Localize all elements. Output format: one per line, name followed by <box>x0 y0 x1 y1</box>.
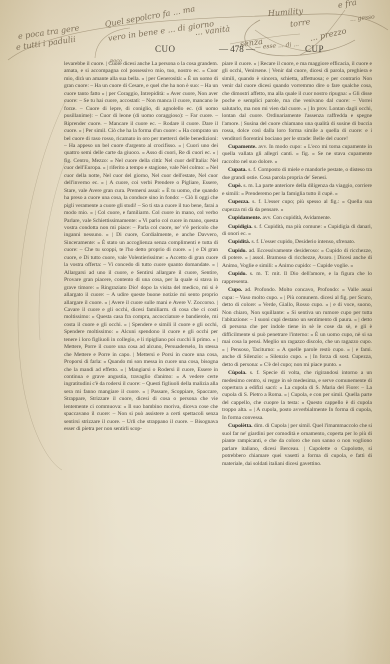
left-column: levarebbe il cuore. | Cuore dicesi anche… <box>64 61 218 434</box>
annotation-8: torre <box>289 17 310 29</box>
annotation-11: ... prezzo <box>309 26 347 43</box>
headword: Cùpola. <box>228 370 246 376</box>
annotation-13: ... gesso <box>350 13 375 23</box>
headword: Cupidamente. <box>228 215 261 221</box>
entry-text: piare il cuore. » | Recare il cuore, e m… <box>222 61 372 143</box>
annotation-6: Humility <box>268 7 304 18</box>
guide-word-left: CUO <box>155 44 176 54</box>
definition: s. f. Specie di volta, che rigirandosi i… <box>222 370 372 421</box>
dictionary-entry: Cupidità. s. f. L'esser cupido, Desideri… <box>222 239 372 246</box>
headword: Cupezza. <box>228 199 250 205</box>
guide-word-right: CUP <box>305 44 324 54</box>
headword: Cupolètta. <box>228 423 253 429</box>
dictionary-entry: Cupamente. avv. In modo cupo: « L'eco mi… <box>222 144 372 166</box>
dictionary-entry: Cupido. ad. Eccessivamente desideroso: «… <box>222 248 372 270</box>
headword: Cupè. <box>228 183 242 189</box>
headword: Cupata. <box>228 167 247 173</box>
dictionary-entry: Cupolètta. dim. di Cupola | per simil. Q… <box>222 423 372 468</box>
dictionary-entry: Cupidamente. avv. Con cupidità, Avidamen… <box>222 215 372 222</box>
headword: Cupidigia. <box>228 224 253 230</box>
dictionary-entry: Cupè. s. m. La parte anteriore della dil… <box>222 183 372 198</box>
definition: avv. Con cupidità, Avidamente. <box>262 215 331 221</box>
right-column: piare il cuore. » | Recare il cuore, e m… <box>222 61 372 468</box>
dictionary-entry: Cupo. ad. Profondo. Molto concavo, Profo… <box>222 287 372 369</box>
definition: s. m. La parte anteriore della diligenza… <box>222 183 372 196</box>
dictionary-entry: Cùpola. s. f. Specie di volta, che rigir… <box>222 370 372 422</box>
page-number: — 478 — <box>219 44 255 54</box>
definition: ad. Profondo. Molto concavo, Profondo: «… <box>222 287 372 368</box>
dictionary-entry: Cupidigia. s. f. Cupidità, ma più comune… <box>222 224 372 239</box>
definition: s. f. L'esser cupido, Desiderio intenso,… <box>251 239 355 245</box>
headword: Cupido. <box>228 248 247 254</box>
annotation-7: e fra <box>337 0 357 10</box>
headword: Cupidità. <box>228 239 250 245</box>
dictionary-entry: Cupata. s. f. Composto di miele e mandor… <box>222 167 372 182</box>
dictionary-entry: Cupido. s. m. T. mit. Il Dio dell'amore,… <box>222 271 372 286</box>
headword: Cupo. <box>228 287 242 293</box>
entry-text: levarebbe il cuore. | Cuore dicesi anche… <box>64 61 218 434</box>
running-header: CUO — 478 — CUP <box>60 44 370 58</box>
definition: dim. di Cupola | per simil. Quel l'imamm… <box>222 423 372 466</box>
headword: Cupido. <box>228 271 247 277</box>
headword: Cupamente. <box>228 144 257 150</box>
dictionary-entry: Cupezza. s. f. L'esser cupo; più spesso … <box>222 199 372 214</box>
